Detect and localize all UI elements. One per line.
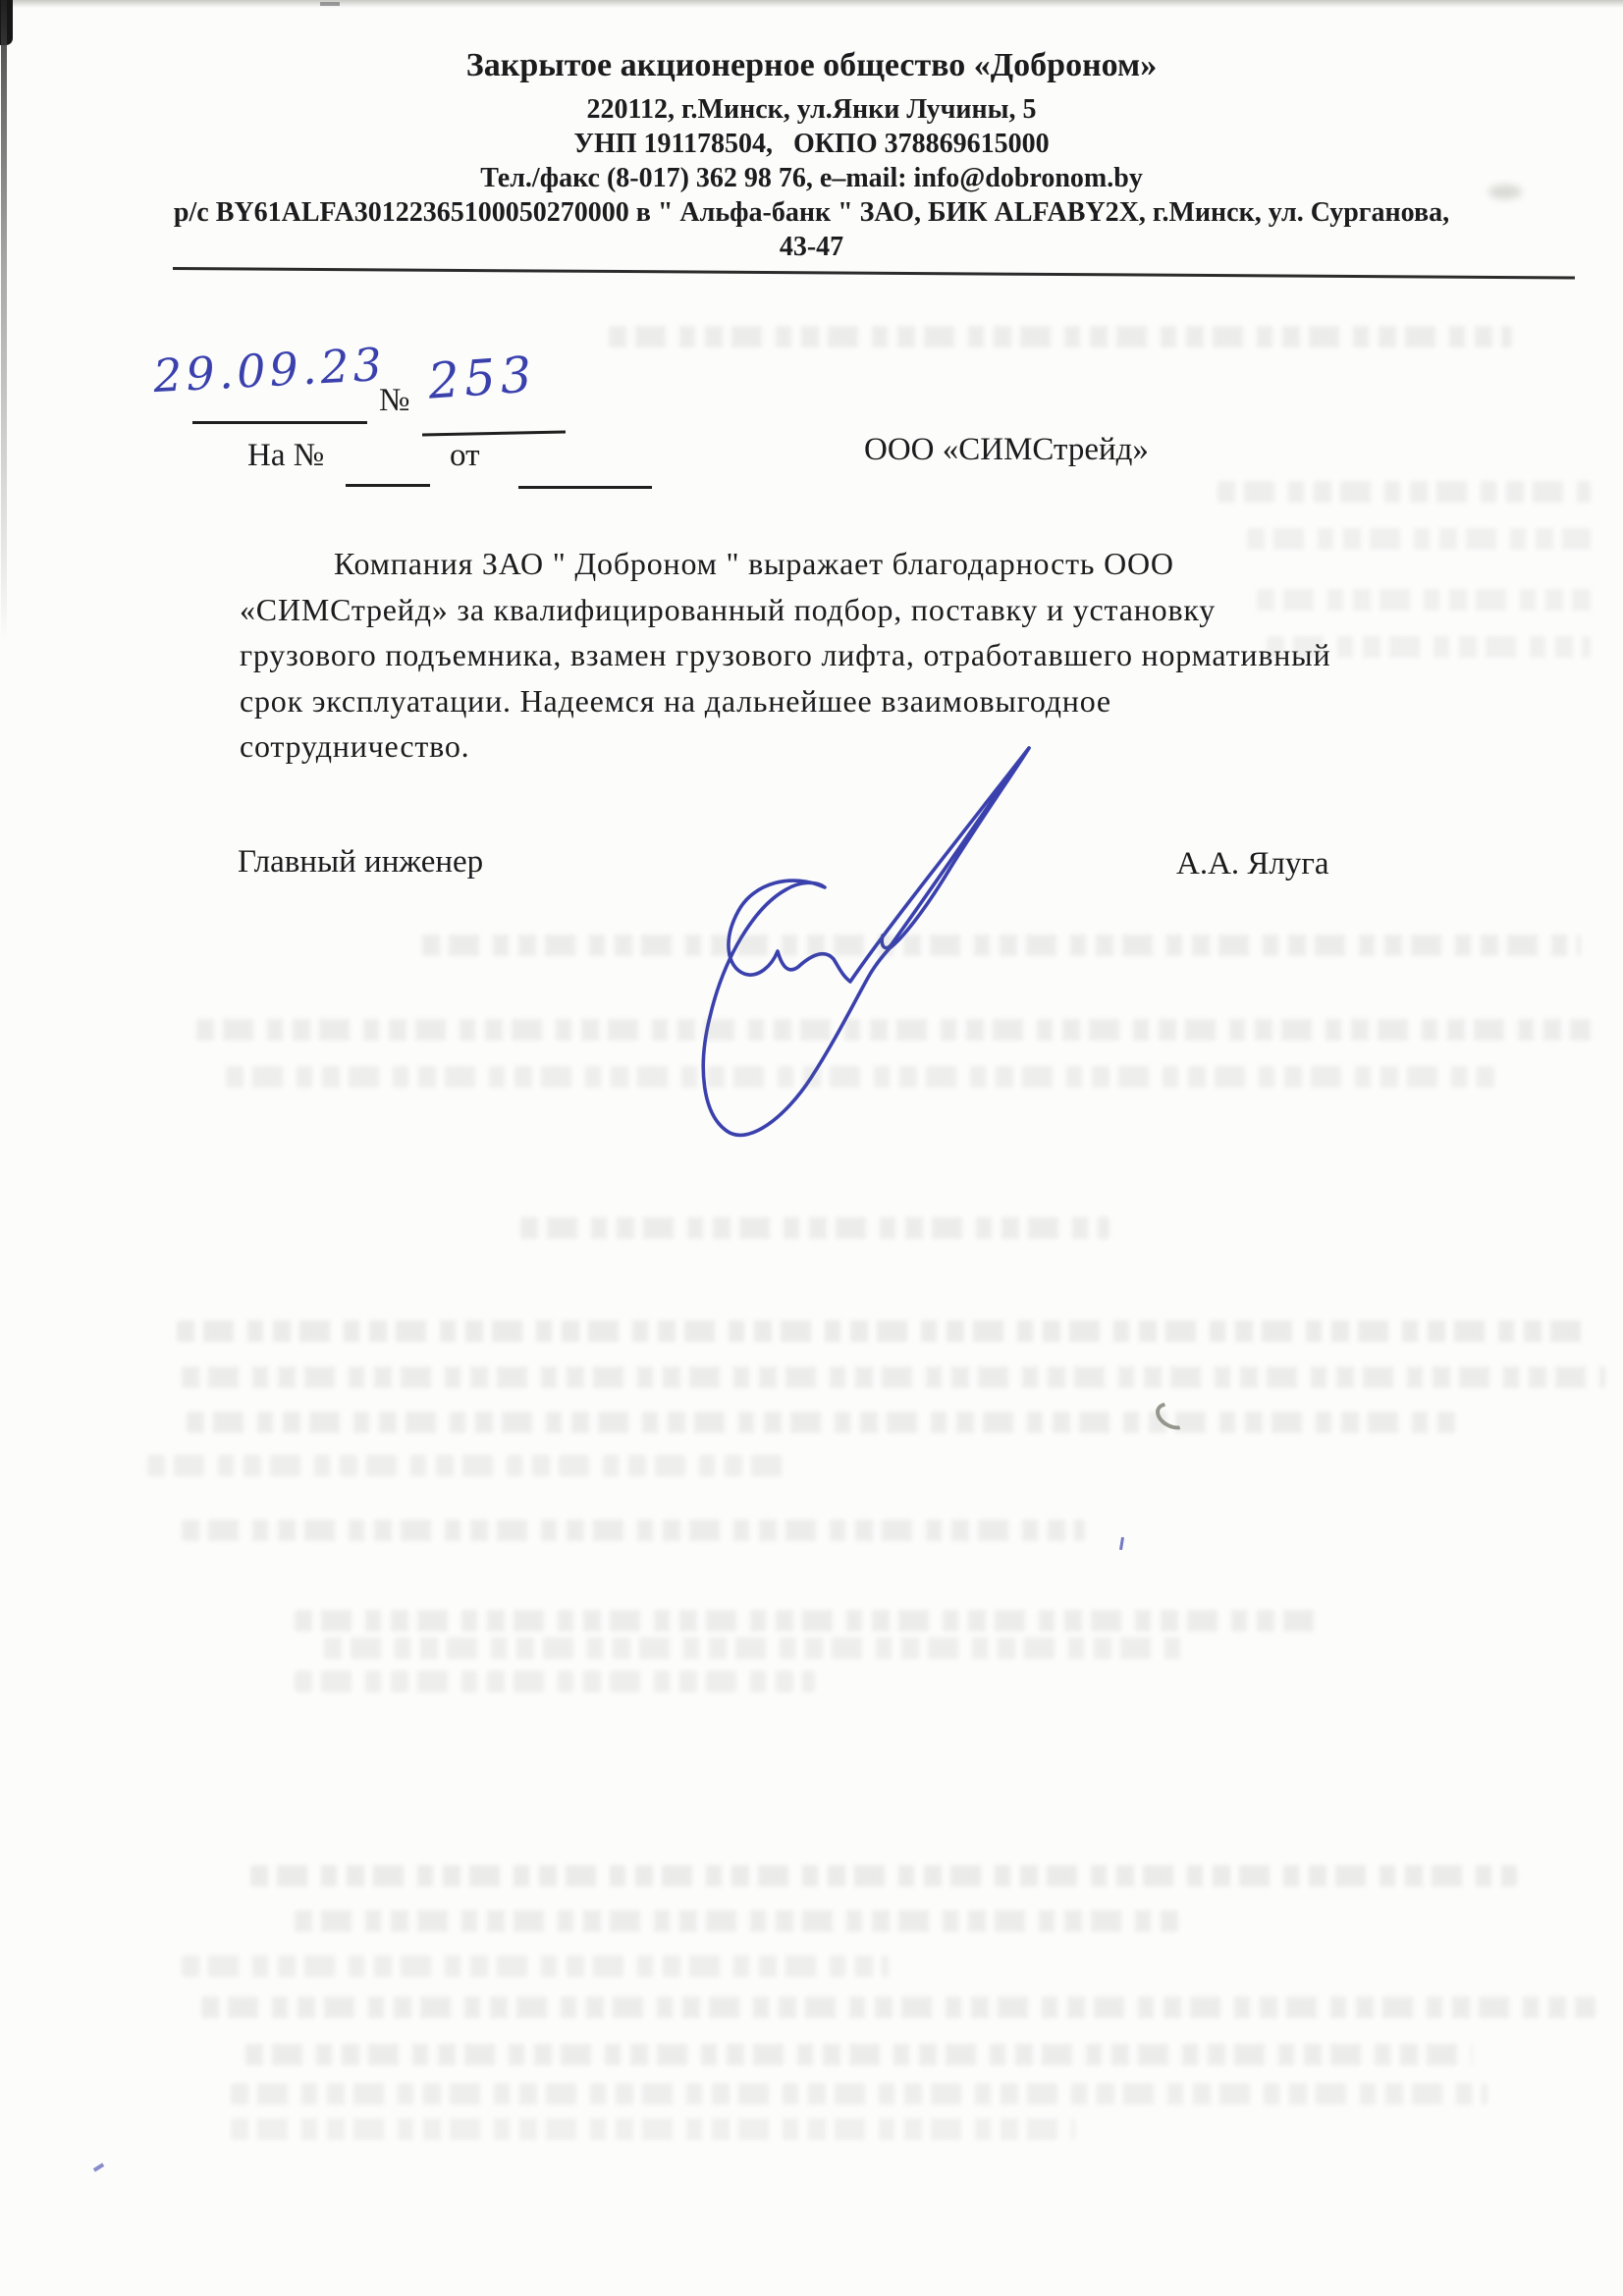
letterhead-divider-rule	[173, 267, 1575, 279]
bleedthrough-row	[295, 1671, 815, 1692]
bleedthrough-row	[245, 2044, 1473, 2065]
letterhead-registration-numbers: УНП 191178504, ОКПО 378869615000	[0, 129, 1623, 160]
bleedthrough-row	[1257, 589, 1591, 611]
bleedthrough-row	[182, 1366, 1605, 1388]
bleedthrough-row	[231, 2118, 1075, 2140]
scanned-letter-page: Закрытое акционерное общество «Доброном»…	[0, 0, 1623, 2296]
letterhead-bank-details-line2: 43-47	[0, 232, 1623, 263]
bleedthrough-row	[422, 934, 1581, 956]
bleedthrough-row	[187, 1412, 1463, 1433]
letterhead-address: 220112, г.Минск, ул.Янки Лучины, 5	[0, 94, 1623, 126]
body-line: сотрудничество.	[240, 723, 1536, 770]
reply-to-number-label: На №	[247, 438, 324, 474]
bleedthrough-row	[226, 1066, 1502, 1088]
reply-date-blank-line	[518, 486, 652, 489]
number-sign-label: №	[379, 383, 410, 419]
bleedthrough-row	[147, 1455, 785, 1476]
bleedthrough-row	[196, 1019, 1591, 1041]
bleedthrough-row	[295, 1910, 1178, 1932]
letterhead-org-name: Закрытое акционерное общество «Доброном»	[0, 47, 1623, 84]
signer-name: А.А. Ялуга	[1176, 846, 1329, 882]
scan-top-dash-artifact	[320, 2, 340, 6]
date-underline	[192, 421, 367, 424]
blue-ink-speck	[1119, 1537, 1124, 1550]
bleedthrough-row	[182, 1520, 1085, 1541]
bleedthrough-row	[1267, 636, 1591, 658]
handwritten-date: 29.09.23	[152, 338, 387, 402]
blue-ink-speck	[93, 2163, 104, 2171]
body-line: срок эксплуатации. Надеемся на дальнейше…	[240, 678, 1536, 724]
signer-job-title: Главный инженер	[238, 844, 483, 881]
reply-from-label: от	[450, 438, 480, 474]
reply-number-blank-line	[346, 484, 430, 487]
bleedthrough-row	[177, 1320, 1591, 1342]
number-underline	[422, 430, 566, 436]
bleedthrough-row	[295, 1610, 1325, 1631]
bleedthrough-row	[324, 1637, 1188, 1659]
letterhead-bank-details-line1: р/с BY61ALFA30122365100050270000 в " Аль…	[0, 197, 1623, 229]
bleedthrough-row	[201, 1997, 1596, 2018]
bleedthrough-row	[1217, 481, 1591, 503]
bleedthrough-row	[520, 1217, 1109, 1239]
handwritten-outgoing-number: 253	[426, 346, 538, 410]
bleedthrough-row	[250, 1865, 1517, 1887]
recipient-name: ООО «СИМСтрейд»	[864, 432, 1149, 468]
bleedthrough-row	[182, 1955, 889, 1977]
bleedthrough-row	[609, 326, 1512, 347]
letterhead-contacts: Тел./факс (8-017) 362 98 76, e–mail: inf…	[0, 163, 1623, 194]
scan-top-edge-shadow	[0, 0, 1623, 8]
bleedthrough-row	[1247, 528, 1591, 550]
bleedthrough-row	[231, 2083, 1488, 2105]
